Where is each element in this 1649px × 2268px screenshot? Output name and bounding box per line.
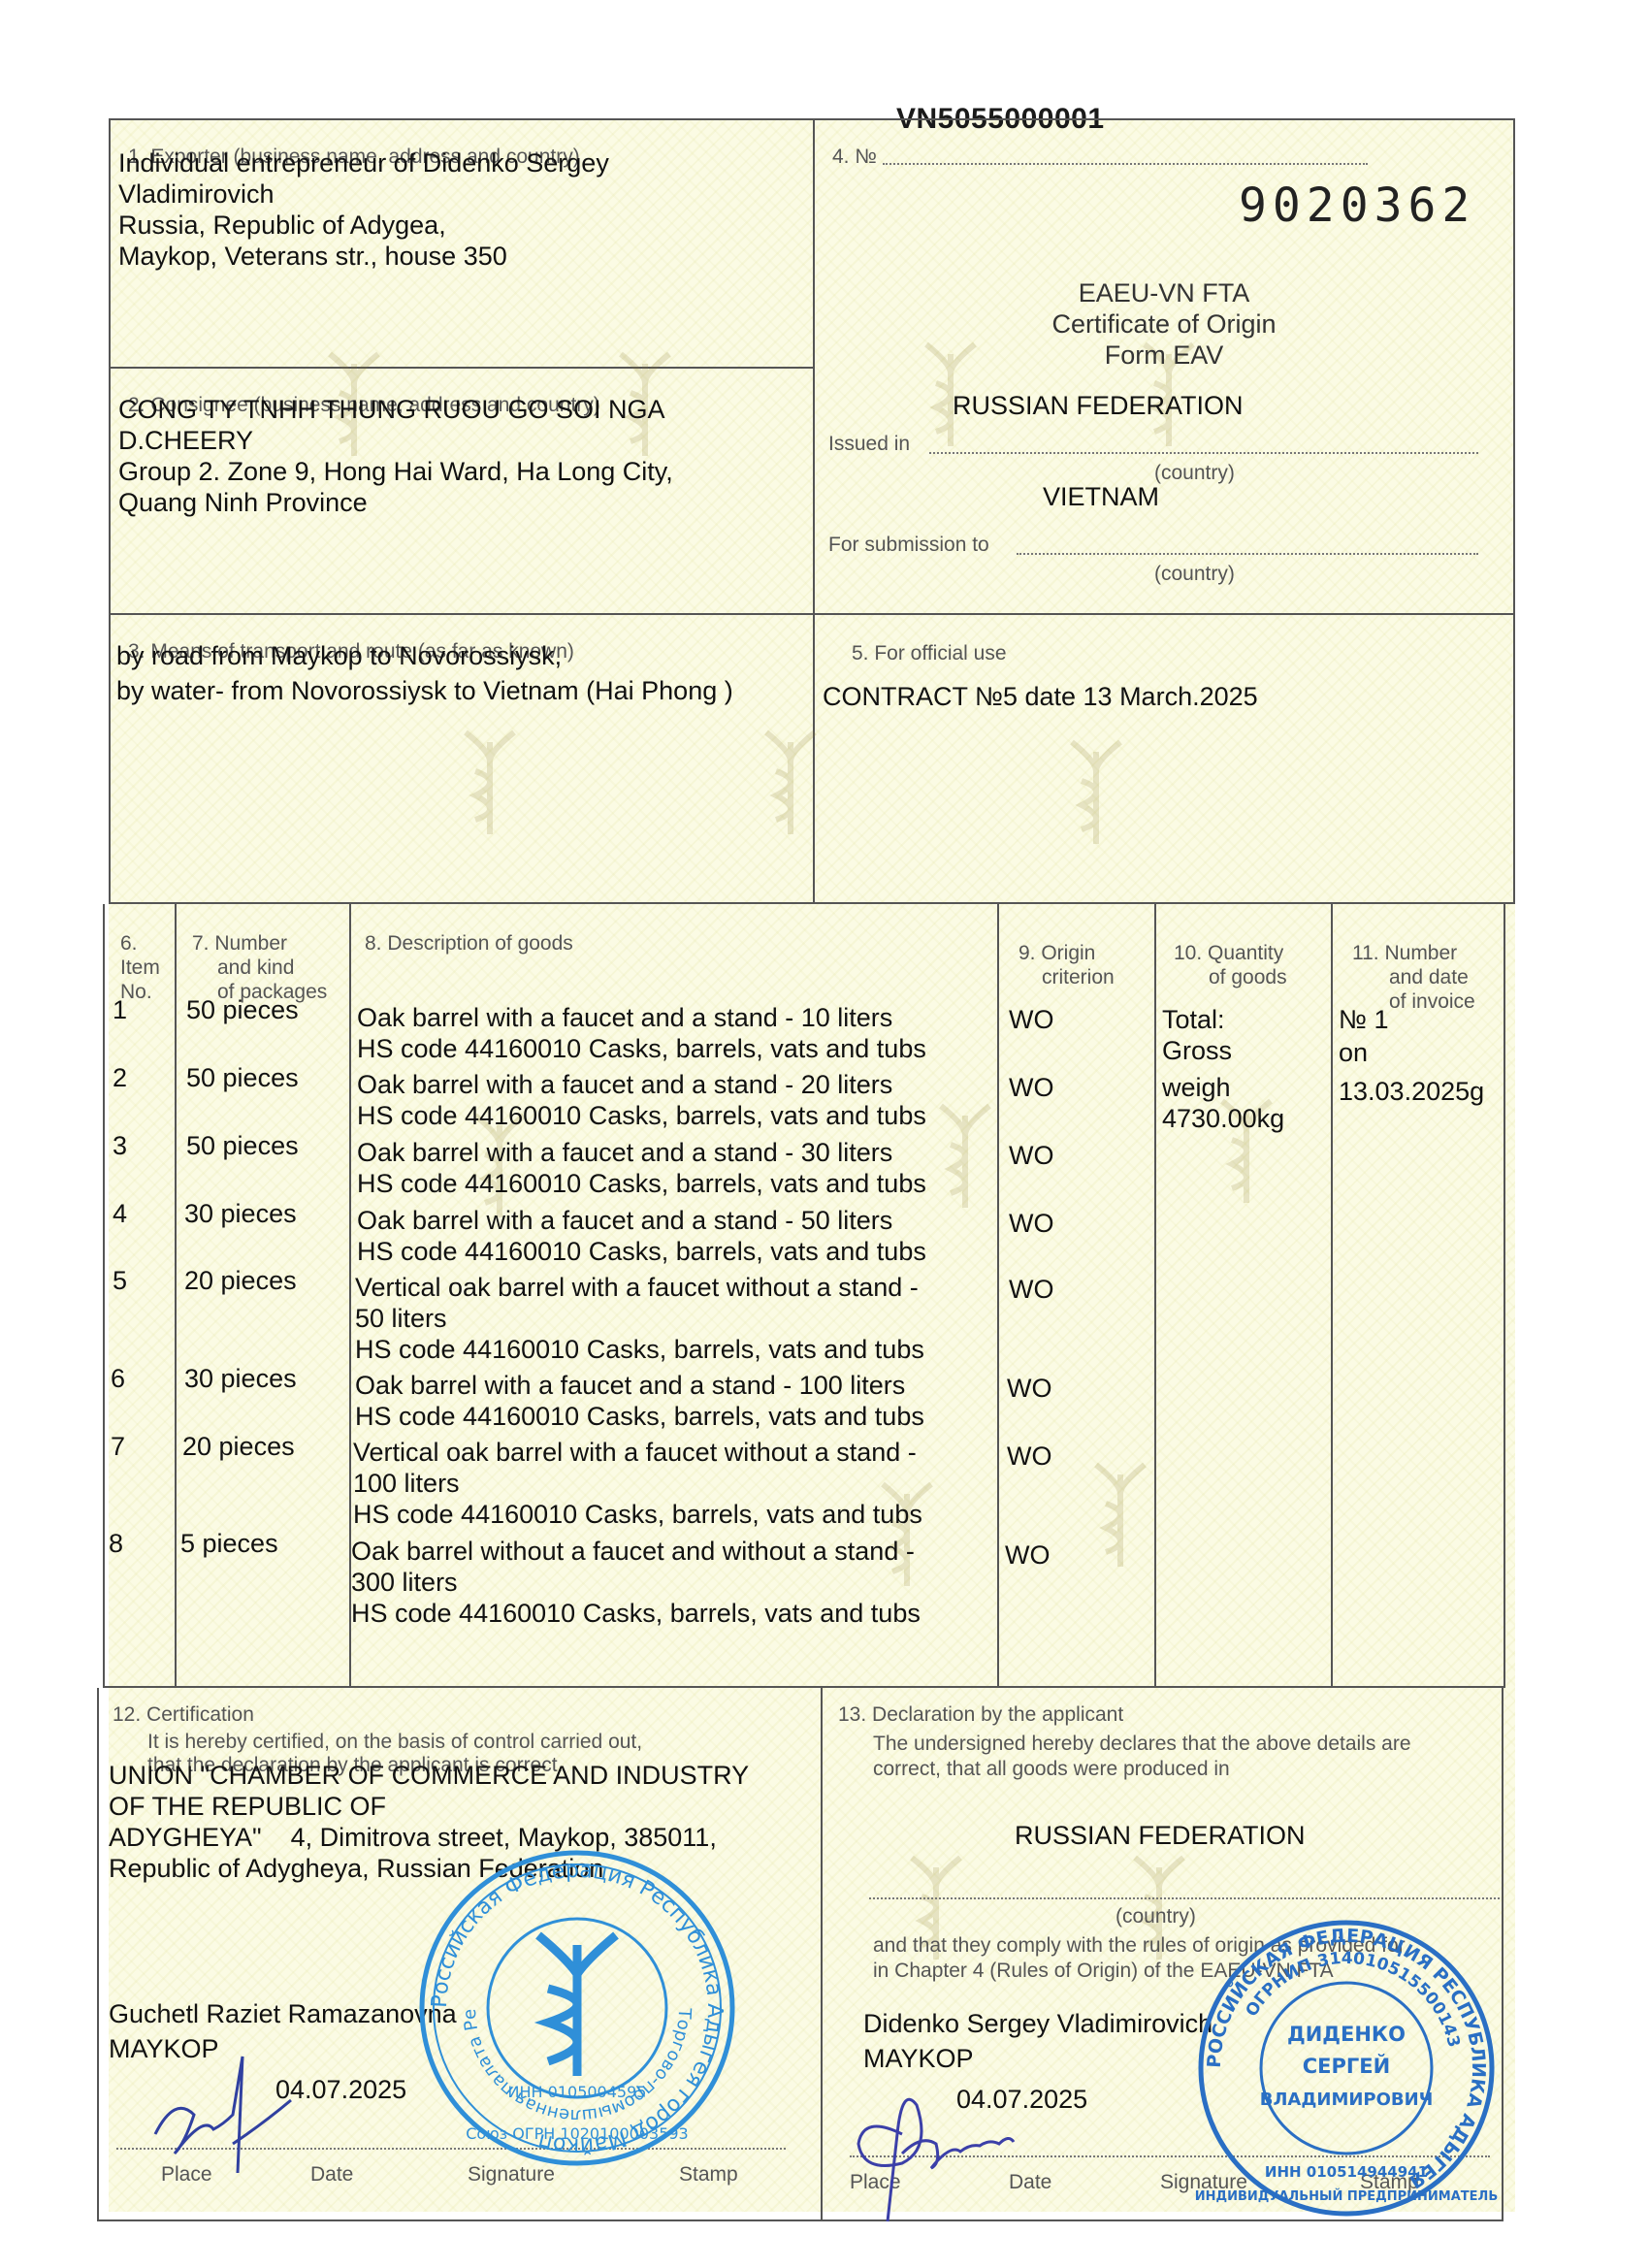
certification-text-1: It is hereby certified, on the basis of … xyxy=(147,1731,642,1754)
divider xyxy=(1154,904,1156,1688)
issued-in-label: Issued in xyxy=(828,433,910,456)
certifier-signature xyxy=(136,2018,310,2183)
country-dotted-line xyxy=(869,1897,1500,1899)
country-hint: (country) xyxy=(1154,563,1235,586)
certificate-number: 9020362 xyxy=(1239,178,1475,233)
issued-in-value: RUSSIAN FEDERATION xyxy=(953,390,1244,421)
route-line-1: by road from Maykop to Novorossiysk, xyxy=(116,640,562,671)
applicant-name: Didenko Sergey Vladimirovich xyxy=(863,2008,1212,2039)
number-dotted-line xyxy=(883,163,1368,165)
divider xyxy=(1331,904,1333,1688)
title-line-2: Certificate of Origin xyxy=(980,308,1348,340)
route-line-2: by water- from Novorossiysk to Vietnam (… xyxy=(116,675,733,706)
svg-text:ИНН 010514944941: ИНН 010514944941 xyxy=(1265,2163,1428,2181)
exporter-line-1: Individual entrepreneur of Didenko Serge… xyxy=(118,147,609,178)
title-line-3: Form EAV xyxy=(980,340,1348,371)
exporter-line-3: Russia, Republic of Adygea, xyxy=(118,210,446,241)
country-hint: (country) xyxy=(1115,1905,1196,1928)
header-quantity: 10. Quantityof goods xyxy=(1174,941,1287,989)
header-invoice: 11. Numberand dateof invoice xyxy=(1352,941,1475,1014)
header-item: 6.ItemNo. xyxy=(120,931,160,1004)
svg-text:ИНДИВИДУАЛЬНЫЙ ПРЕДПРИНИМАТЕЛЬ: ИНДИВИДУАЛЬНЫЙ ПРЕДПРИНИМАТЕЛЬ xyxy=(1195,2188,1499,2204)
footer-date: Date xyxy=(310,2163,353,2187)
submission-label: For submission to xyxy=(828,534,989,557)
official-use-value: CONTRACT №5 date 13 March.2025 xyxy=(823,681,1258,712)
declaration-text-1: The undersigned hereby declares that the… xyxy=(873,1733,1411,1756)
issued-in-dotted-line xyxy=(929,452,1478,454)
submission-dotted-line xyxy=(1017,553,1478,555)
consignee-line-3: Group 2. Zone 9, Hong Hai Ward, Ha Long … xyxy=(118,456,673,487)
caduceus-watermark-icon xyxy=(456,723,524,839)
box12-label: 12. Certification xyxy=(113,1703,254,1727)
declaration-text-2: correct, that all goods were produced in xyxy=(873,1758,1230,1781)
chamber-stamp: Российская Федерация Республика Адыгея г… xyxy=(412,1843,742,2173)
divider xyxy=(821,1688,823,2221)
header-description: 8. Description of goods xyxy=(365,931,573,956)
divider xyxy=(997,904,999,1688)
exporter-line-2: Vladimirovich xyxy=(118,178,275,210)
caduceus-watermark-icon xyxy=(757,723,824,839)
applicant-stamp: РОССИЙСКАЯ ФЕДЕРАЦИЯ РЕСПУБЛИКА АДЫГЕЯ О… xyxy=(1191,1913,1502,2223)
submission-value: VIETNAM xyxy=(1043,481,1159,512)
exporter-line-4: Maykop, Veterans str., house 350 xyxy=(118,241,507,272)
applicant-signature xyxy=(844,2076,1057,2231)
header-packages: 7. Numberand kindof packages xyxy=(192,931,327,1004)
divider xyxy=(109,613,1515,615)
header-origin: 9. Origincriterion xyxy=(1018,941,1115,989)
svg-text:ВЛАДИМИРОВИЧ: ВЛАДИМИРОВИЧ xyxy=(1260,2090,1434,2110)
box4-label: 4. № xyxy=(832,146,877,169)
consignee-line-4: Quang Ninh Province xyxy=(118,487,368,518)
applicant-place: MAYKOP xyxy=(863,2043,974,2074)
country-hint: (country) xyxy=(1154,462,1235,485)
svg-text:ИНН 0105004595: ИНН 0105004595 xyxy=(508,2083,647,2101)
svg-text:Союз ОГРН 1020100003593: Союз ОГРН 1020100003593 xyxy=(466,2124,688,2143)
chamber-line-1: UNION "CHAMBER OF COMMERCE AND INDUSTRY xyxy=(109,1760,749,1791)
chamber-line-2: OF THE REPUBLIC OF xyxy=(109,1791,386,1822)
svg-text:СЕРГЕЙ: СЕРГЕЙ xyxy=(1303,2054,1390,2078)
divider xyxy=(109,367,813,369)
box5-label: 5. For official use xyxy=(852,642,1007,665)
consignee-line-1: CONG TY TNHH THUNG RUOU GO SOI NGA xyxy=(118,394,665,425)
consignee-line-2: D.CHEERY xyxy=(118,425,253,456)
production-country: RUSSIAN FEDERATION xyxy=(1015,1820,1306,1851)
title-line-1: EAEU-VN FTA xyxy=(980,277,1348,308)
box13-label: 13. Declaration by the applicant xyxy=(838,1703,1123,1727)
caduceus-watermark-icon xyxy=(1062,732,1130,849)
svg-text:ДИДЕНКО: ДИДЕНКО xyxy=(1287,2023,1406,2046)
divider xyxy=(175,904,177,1688)
